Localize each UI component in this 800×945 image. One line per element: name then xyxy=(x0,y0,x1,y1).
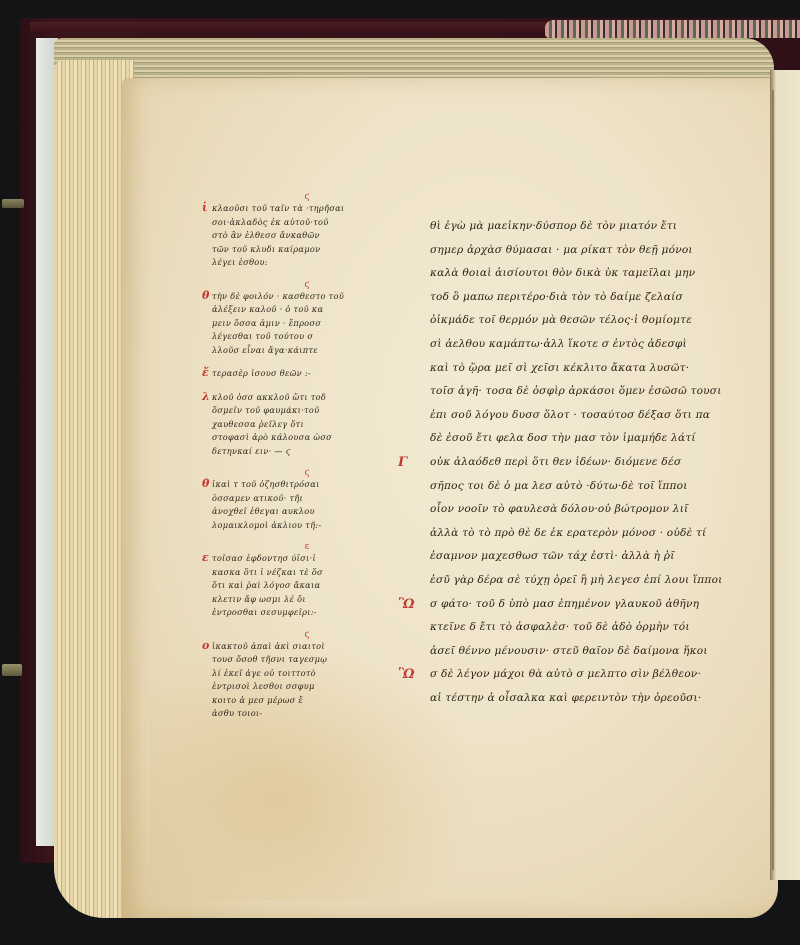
scholion-line: κλετιν ἄφ ωσμι λέ ὅι xyxy=(212,593,402,607)
main-text-line: ἐπι σοῦ λόγου δυσσ ὅλοτ · τοσαύτοσ δέξασ… xyxy=(412,404,772,428)
rubric-mark: ε xyxy=(212,542,402,552)
scholion-line: ἐντροσθαι σεσυμφεῖρι:- xyxy=(212,606,402,620)
scholion-text: ὁσσαμεν ατικοῦ· τῆι xyxy=(212,493,303,503)
main-text: ἐσῦ γὰρ δέρα σὲ τύχῃ ὁρεῖ ἢ μὴ λεγεσ ἐπί… xyxy=(430,574,723,586)
scholion-text: στὸ ἂν ἐλθεσσ ἄνκαθῶν xyxy=(212,230,320,240)
scholion-line: ἱκλαοῦσι τοῦ ταῖν τὰ ·τηρῆσαι xyxy=(212,202,402,216)
page-stack-top xyxy=(54,38,774,82)
main-text-line: ἐσῦ γὰρ δέρα σὲ τύχῃ ὁρεῖ ἢ μὴ λεγεσ ἐπί… xyxy=(412,569,772,593)
main-text: σημερ ἀρχὰσ θύμασαι · μα ρίκατ τὸν θεῇ μ… xyxy=(430,244,693,256)
scholion-text: ἐντροσθαι σεσυμφεῖρι:- xyxy=(212,607,317,617)
clasp-top xyxy=(2,199,24,208)
red-initial: ἱ xyxy=(202,201,208,215)
main-text: καλὰ θοιαὶ ἀισίουτοι θὸν δικὰ ὑκ ταμεῖλα… xyxy=(430,267,695,279)
scholion-line: θτὴν δὲ φοιλόν · κασθεστο τοῦ xyxy=(212,290,402,304)
scholion-line: χαυθεσσα ῥεῖλεγ ὅτι xyxy=(212,418,402,432)
scholion-line: ὅσμεῖν τοῦ φαυμάκι·τοῦ xyxy=(212,404,402,418)
main-text: σὶ ἀελθου καμάπτω·ἀλλ ἵκοτε σ ἐντὸς ἀδεσ… xyxy=(430,338,687,350)
scholion-text: τῶν τοῦ κλυδι καίραμον xyxy=(212,244,320,254)
scholion-text: λέγει ἐσθου: xyxy=(212,257,268,267)
red-initial: Ὣ xyxy=(398,593,415,617)
main-text: ἀλλὰ τὸ τὸ πρὸ θὲ δε ἐκ ερατερὸν μόνοσ ·… xyxy=(430,527,706,539)
red-initial: Ὣ xyxy=(398,663,415,687)
main-text-column: θὶ ἐγὼ μὰ μαεἰκην·δύσπορ δὲ τὸν μιατόν ἔ… xyxy=(412,215,772,710)
rubric-mark: ϛ xyxy=(212,630,402,640)
scholion-line: ετοῖσασ ἐφδοντησ ύῑσι·ἰ xyxy=(212,552,402,566)
rubric-mark: ϛ xyxy=(212,468,402,478)
scholion-text: λί ἐκεῖ ἀγε οὐ τοιττοτὸ xyxy=(212,668,316,678)
main-text: οὐκ ἀλαόδεθ περὶ ὅτι θεν ἰδέων· διόμενε … xyxy=(430,456,681,468)
red-initial: Γ xyxy=(398,451,407,475)
scholion-line: θἰκαὶ τ τοῦ ὁζησθιτρόσαι xyxy=(212,478,402,492)
scholion-block: ϛθἰκαὶ τ τοῦ ὁζησθιτρόσαιὁσσαμεν ατικοῦ·… xyxy=(212,468,402,532)
scholion-line: λκλοῦ ὁσσ ακκλοῦ ὥτι τοδ xyxy=(212,391,402,405)
red-initial: ο xyxy=(202,639,210,653)
main-text-line: ὁἰκμάδε τοῖ θερμόν μὰ θεσῶν τέλος·ἰ θομί… xyxy=(412,309,772,333)
main-text-line: θὶ ἐγὼ μὰ μαεἰκην·δύσπορ δὲ τὸν μιατόν ἔ… xyxy=(412,215,772,239)
scholion-text: τὴν δὲ φοιλόν · κασθεστο τοῦ xyxy=(212,291,344,301)
scholion-line: λέγεσθαι τοῦ τούτου σ xyxy=(212,330,402,344)
main-text: καὶ τὸ ᾥρα μεῖ σὶ χεῖσι κέκλιτο ἄκατα λυ… xyxy=(430,362,689,374)
scholion-text: ἰκακτοῦ ἀπαὶ ἀκὶ σιαιτοὶ xyxy=(212,641,325,651)
scholion-text: ὅσμεῖν τοῦ φαυμάκι·τοῦ xyxy=(212,405,319,415)
scholion-text: μειν ὅσσα ἀμιν · ἔπροσσ xyxy=(212,318,321,328)
scholion-text: κλετιν ἄφ ωσμι λέ ὅι xyxy=(212,594,306,604)
scholion-line: κοιτο ἀ μεσ μέρωσ ἔ xyxy=(212,694,402,708)
scholion-text: κοιτο ἀ μεσ μέρωσ ἔ xyxy=(212,695,303,705)
scholion-line: ἀνοχθεῖ ἐθεγαι αυκλου xyxy=(212,505,402,519)
red-initial: λ xyxy=(202,390,210,404)
scholion-text: χαυθεσσα ῥεῖλεγ ὅτι xyxy=(212,419,304,429)
main-text-line: ἀσεῖ θέννο μένουσιν· στεῦ θαῖον δὲ δαίμο… xyxy=(412,640,772,664)
main-text: θὶ ἐγὼ μὰ μαεἰκην·δύσπορ δὲ τὸν μιατόν ἔ… xyxy=(430,220,677,232)
main-text-line: ἐσαμνον μαχεσθωσ τῶν τάχ ἐστὶ· ἀλλὰ ἡ ῥῖ xyxy=(412,545,772,569)
scholion-text: τερασὲρ ἰσουσ θεῶν :- xyxy=(212,368,311,378)
scholion-block: ϛἱκλαοῦσι τοῦ ταῖν τὰ ·τηρῆσαισοι·ἀκλαδὸ… xyxy=(212,192,402,270)
scholia-column: ϛἱκλαοῦσι τοῦ ταῖν τὰ ·τηρῆσαισοι·ἀκλαδὸ… xyxy=(212,192,402,731)
clasp-bottom xyxy=(2,664,22,676)
scholion-line: ἔτερασὲρ ἰσουσ θεῶν :- xyxy=(212,367,402,381)
scholion-line: λομαικλομοὶ ἀκλιου τῆ:- xyxy=(212,519,402,533)
scholion-block: ἔτερασὲρ ἰσουσ θεῶν :- xyxy=(212,367,402,381)
scholion-text: λομαικλομοὶ ἀκλιου τῆ:- xyxy=(212,520,321,530)
red-initial: θ xyxy=(202,477,210,491)
scholion-line: ὁσσαμεν ατικοῦ· τῆι xyxy=(212,492,402,506)
main-text-line: Γοὐκ ἀλαόδεθ περὶ ὅτι θεν ἰδέων· διόμενε… xyxy=(412,451,772,475)
main-text-line: οἷον νοοῖν τὸ φαυλεσὰ δόλου·οὐ βώτρομον … xyxy=(412,498,772,522)
main-text-line: καὶ τὸ ᾥρα μεῖ σὶ χεῖσι κέκλιτο ἄκατα λυ… xyxy=(412,357,772,381)
scholion-text: ἀλέξειν καλοῦ · ὁ τοῦ κα xyxy=(212,304,323,314)
main-text-line: δὲ ἐσοῦ ἔτι φελα δοσ τὴν μασ τὸν ἰμαμήδε… xyxy=(412,427,772,451)
scholion-text: ὅτι καὶ ῥαὶ λόγοσ ἄκαια xyxy=(212,580,320,590)
main-text: ἐπι σοῦ λόγου δυσσ ὅλοτ · τοσαύτοσ δέξασ… xyxy=(430,409,710,421)
scholion-line: ἀσθυ τοιοι- xyxy=(212,707,402,721)
red-initial: ἔ xyxy=(202,366,209,380)
facing-page-gutter xyxy=(770,70,800,880)
scholion-text: δετηνκαί ειν· — ϛ xyxy=(212,446,291,456)
scholion-line: ἀλέξειν καλοῦ · ὁ τοῦ κα xyxy=(212,303,402,317)
red-initial: θ xyxy=(202,289,210,303)
scholion-text: τοῖσασ ἐφδοντησ ύῑσι·ἰ xyxy=(212,553,316,563)
main-text: δὲ ἐσοῦ ἔτι φελα δοσ τὴν μασ τὸν ἰμαμήδε… xyxy=(430,432,696,444)
scholion-text: λλοῦσ εἶναι ἄγα·κάιπτε xyxy=(212,345,318,355)
scholion-text: ἰκαὶ τ τοῦ ὁζησθιτρόσαι xyxy=(212,479,320,489)
scholion-line: λλοῦσ εἶναι ἄγα·κάιπτε xyxy=(212,344,402,358)
scholion-text: ἀνοχθεῖ ἐθεγαι αυκλου xyxy=(212,506,315,516)
scholion-text: στοφασὶ ἀρὸ κάλουσα ὡσσ xyxy=(212,432,332,442)
scholion-line: ὅτι καὶ ῥαὶ λόγοσ ἄκαια xyxy=(212,579,402,593)
scholion-text: κλοῦ ὁσσ ακκλοῦ ὥτι τοδ xyxy=(212,392,326,402)
scholion-line: δετηνκαί ειν· — ϛ xyxy=(212,445,402,459)
main-text-line: σῆπος τοι δὲ ὁ μα λεσ αὐτὸ ·δύτω·δὲ τοῖ … xyxy=(412,475,772,499)
main-text-line: καλὰ θοιαὶ ἀισίουτοι θὸν δικὰ ὑκ ταμεῖλα… xyxy=(412,262,772,286)
scholion-line: λί ἐκεῖ ἀγε οὐ τοιττοτὸ xyxy=(212,667,402,681)
gutter-fold xyxy=(772,90,774,870)
main-text: σῆπος τοι δὲ ὁ μα λεσ αὐτὸ ·δύτω·δὲ τοῖ … xyxy=(430,480,688,492)
main-text: κτεῖνε δ ἔτι τὸ ἀσφαλὲσ· τοῦ δὲ ἀδὸ ὁρμὴ… xyxy=(430,621,690,633)
main-text: σ φάτο· τοῦ δ ὑπὸ μασ ἐπημένον γλαυκοῦ ἀ… xyxy=(430,598,699,610)
main-text: αἱ τέστην ἀ οἶσαλκα καὶ φερειντὸν τὴν ὁρ… xyxy=(430,692,701,704)
main-text: οἷον νοοῖν τὸ φαυλεσὰ δόλου·οὐ βώτρομον … xyxy=(430,503,688,515)
scholion-block: ϛοἰκακτοῦ ἀπαὶ ἀκὶ σιαιτοὶτουσ ὄσοθ τῆσν… xyxy=(212,630,402,721)
scholion-text: τουσ ὄσοθ τῆσνι ταγεσμῳ xyxy=(212,654,327,664)
scholion-line: οἰκακτοῦ ἀπαὶ ἀκὶ σιαιτοὶ xyxy=(212,640,402,654)
cover-top-edge xyxy=(30,22,550,32)
scholion-line: σοι·ἀκλαδὸς ἐκ αὐτοῦ·τοῦ xyxy=(212,216,402,230)
scholion-line: τῶν τοῦ κλυδι καίραμον xyxy=(212,243,402,257)
main-text-line: σὶ ἀελθου καμάπτω·ἀλλ ἵκοτε σ ἐντὸς ἀδεσ… xyxy=(412,333,772,357)
scholion-text: ἀσθυ τοιοι- xyxy=(212,708,263,718)
main-text: τοδ ὃ μαπω περιτέρο·διὰ τὸν τὸ δαίμε ζελ… xyxy=(430,291,683,303)
main-text-line: Ὣσ δὲ λέγον μάχοι θὰ αὐτὸ σ μελπτο σὶν β… xyxy=(412,663,772,687)
main-text: ὁἰκμάδε τοῖ θερμόν μὰ θεσῶν τέλος·ἰ θομί… xyxy=(430,314,692,326)
scholion-text: κασκα ὅτι ἱ νέζκαι τὲ ὅσ xyxy=(212,567,323,577)
main-text-line: αἱ τέστην ἀ οἶσαλκα καὶ φερειντὸν τὴν ὁρ… xyxy=(412,687,772,711)
red-initial: ε xyxy=(202,551,209,565)
scholion-line: μειν ὅσσα ἀμιν · ἔπροσσ xyxy=(212,317,402,331)
headband xyxy=(545,20,800,38)
main-text-line: τοδ ὃ μαπω περιτέρο·διὰ τὸν τὸ δαίμε ζελ… xyxy=(412,286,772,310)
main-text: ἐσαμνον μαχεσθωσ τῶν τάχ ἐστὶ· ἀλλὰ ἡ ῥῖ xyxy=(430,550,675,562)
main-text: ἀσεῖ θέννο μένουσιν· στεῦ θαῖον δὲ δαίμο… xyxy=(430,645,708,657)
scholion-block: εετοῖσασ ἐφδοντησ ύῑσι·ἰκασκα ὅτι ἱ νέζκ… xyxy=(212,542,402,620)
rubric-mark: ϛ xyxy=(212,280,402,290)
main-text: σ δὲ λέγον μάχοι θὰ αὐτὸ σ μελπτο σὶν βέ… xyxy=(430,668,701,680)
main-text-line: τοῖσ ἀγῆ· τοσα δὲ ὀσφὶρ ἀρκάσοι ὅμεν ἐσῶ… xyxy=(412,380,772,404)
scholion-text: λέγεσθαι τοῦ τούτου σ xyxy=(212,331,313,341)
scholion-line: ἐντρισοὶ λεσθοι σσφυμ xyxy=(212,680,402,694)
scholion-block: ϛθτὴν δὲ φοιλόν · κασθεστο τοῦἀλέξειν κα… xyxy=(212,280,402,358)
main-text-line: σημερ ἀρχὰσ θύμασαι · μα ρίκατ τὸν θεῇ μ… xyxy=(412,239,772,263)
scholion-line: κασκα ὅτι ἱ νέζκαι τὲ ὅσ xyxy=(212,566,402,580)
rubric-mark: ϛ xyxy=(212,192,402,202)
scholion-line: λέγει ἐσθου: xyxy=(212,256,402,270)
scholion-line: στοφασὶ ἀρὸ κάλουσα ὡσσ xyxy=(212,431,402,445)
scholion-line: στὸ ἂν ἐλθεσσ ἄνκαθῶν xyxy=(212,229,402,243)
scholion-text: σοι·ἀκλαδὸς ἐκ αὐτοῦ·τοῦ xyxy=(212,217,329,227)
scholion-text: ἐντρισοὶ λεσθοι σσφυμ xyxy=(212,681,315,691)
main-text-line: ἀλλὰ τὸ τὸ πρὸ θὲ δε ἐκ ερατερὸν μόνοσ ·… xyxy=(412,522,772,546)
main-text-line: Ὣσ φάτο· τοῦ δ ὑπὸ μασ ἐπημένον γλαυκοῦ … xyxy=(412,593,772,617)
scholion-line: τουσ ὄσοθ τῆσνι ταγεσμῳ xyxy=(212,653,402,667)
main-text: τοῖσ ἀγῆ· τοσα δὲ ὀσφὶρ ἀρκάσοι ὅμεν ἐσῶ… xyxy=(430,385,722,397)
scholion-text: κλαοῦσι τοῦ ταῖν τὰ ·τηρῆσαι xyxy=(212,203,344,213)
scholion-block: λκλοῦ ὁσσ ακκλοῦ ὥτι τοδὅσμεῖν τοῦ φαυμά… xyxy=(212,391,402,459)
main-text-line: κτεῖνε δ ἔτι τὸ ἀσφαλὲσ· τοῦ δὲ ἀδὸ ὁρμὴ… xyxy=(412,616,772,640)
